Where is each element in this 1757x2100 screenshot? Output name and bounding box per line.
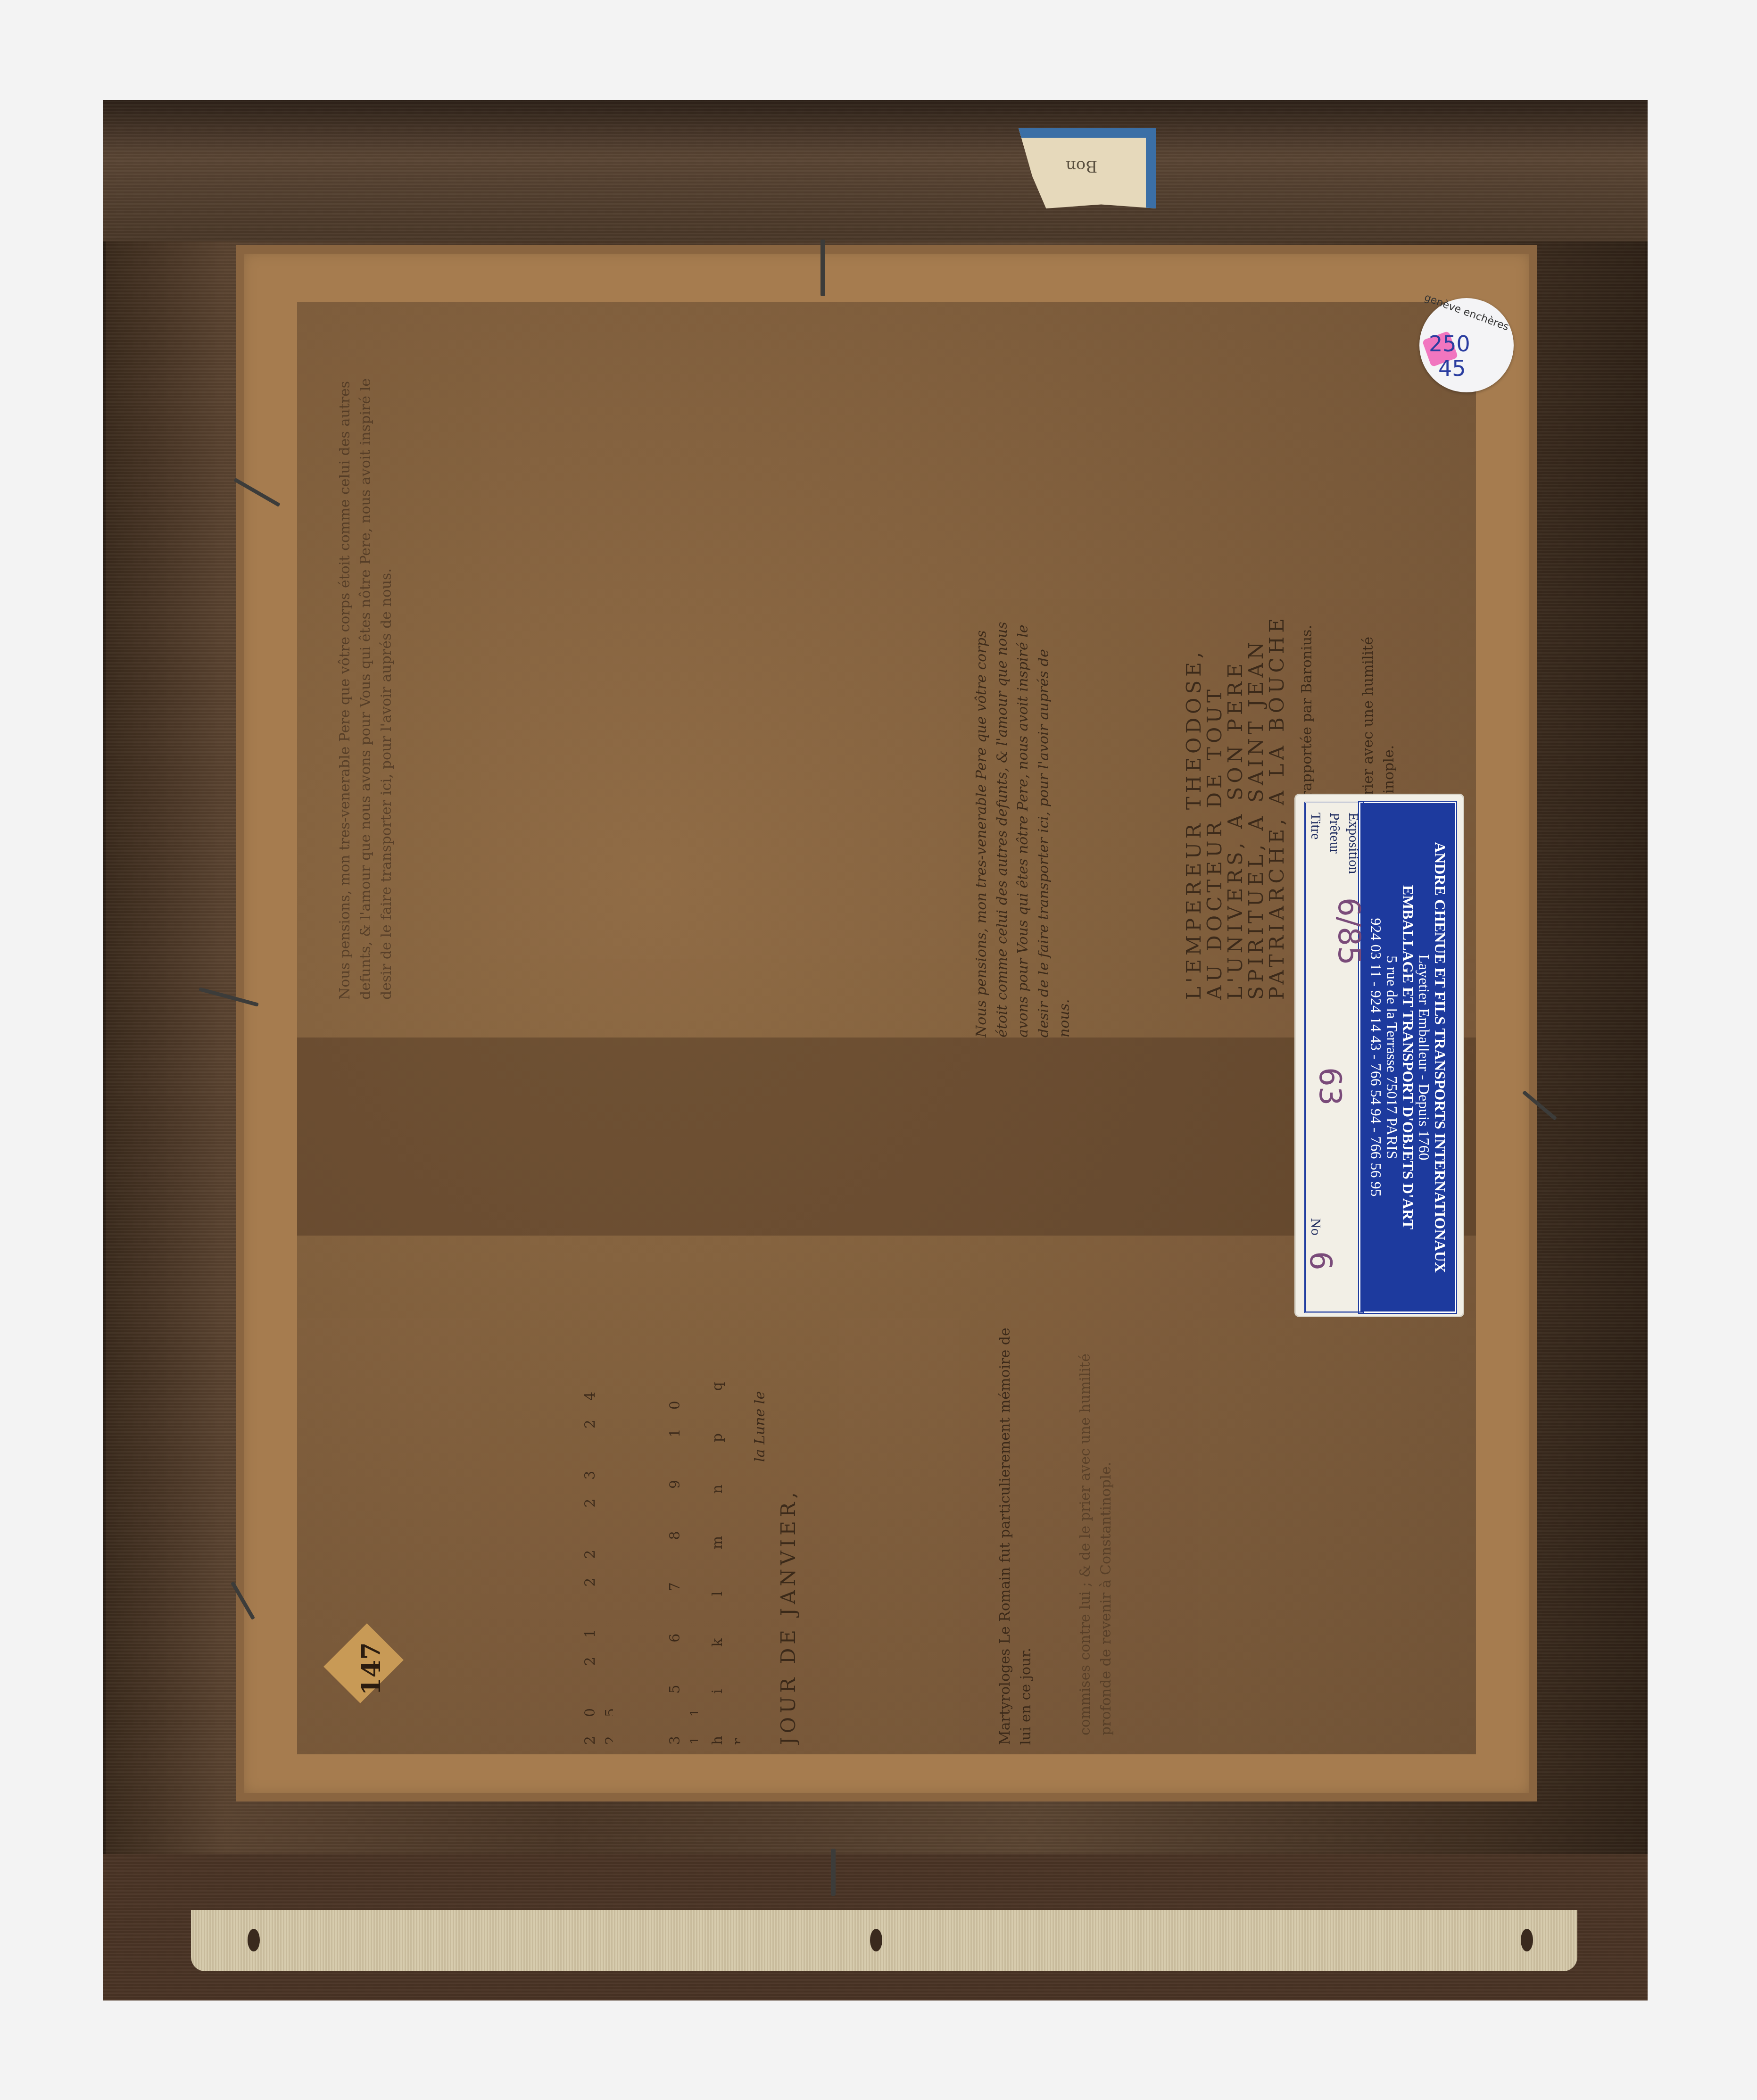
letter-heading: L'EMPEREUR THEODOSE, AU DOCTEUR DE TOUT …	[1184, 613, 1287, 1000]
left-text-columns: Nous pensions, mon tres-venerable Pere q…	[335, 340, 901, 1000]
calendar-days: 20 21 22 23 24 25	[580, 1320, 613, 1745]
exposition-label: Exposition	[1345, 813, 1361, 874]
nail-bottom	[831, 1849, 836, 1896]
company-phones: 924 03 11 - 924 14 43 - 766 54 94 - 766 …	[1368, 803, 1384, 1311]
fabric-hanging-strip	[191, 1910, 1577, 1971]
exposition-value: 6/85	[1331, 897, 1366, 965]
company-name: ANDRE CHENUE ET FILS TRANSPORTS INTERNAT…	[1432, 803, 1448, 1311]
label-fields: Exposition 6/85 Prêteur 63 Titre No 6	[1304, 802, 1364, 1313]
company-tagline: Layetier Emballeur - Depuis 1760	[1416, 803, 1432, 1311]
numero-label: No	[1308, 1218, 1324, 1236]
letter-body: Nous pensions, mon tres-venerable Pere q…	[971, 613, 1169, 1038]
titre-label: Titre	[1308, 813, 1324, 839]
tack-right	[1521, 1929, 1533, 1951]
preteur-value: 63	[1312, 1067, 1347, 1105]
preteur-label: Prêteur	[1326, 813, 1343, 854]
crossed-value: 250	[1429, 331, 1470, 357]
numero-value: 6	[1303, 1251, 1338, 1270]
right-text-columns: commises contre lui ; & de le prier avec…	[1075, 1320, 1443, 1735]
old-label-handwriting: Bon	[1066, 157, 1097, 175]
label-header: ANDRE CHENUE ET FILS TRANSPORTS INTERNAT…	[1360, 803, 1455, 1311]
lot-number: 147	[356, 1642, 386, 1695]
company-service: EMBALLAGE ET TRANSPORT D'OBJETS D'ART	[1400, 803, 1416, 1311]
sticker-value: 45	[1438, 356, 1466, 381]
tack-center	[870, 1929, 882, 1951]
nail-top	[820, 240, 825, 296]
company-address: 5 rue de la Terrasse 75017 PARIS	[1384, 803, 1400, 1311]
calendar-subtitle: la Lune le	[750, 1320, 778, 1462]
calendar-letters: h i k l m n p q r	[707, 1320, 740, 1745]
calendar-title: JOUR DE JANVIER,	[778, 1320, 835, 1745]
label-blue-band: ANDRE CHENUE ET FILS TRANSPORTS INTERNAT…	[1359, 802, 1456, 1313]
calendar-numbers: 3 5 6 7 8 9 10 11	[665, 1320, 698, 1745]
tack-left	[248, 1929, 260, 1951]
auction-sticker: genève enchères 250 45	[1419, 298, 1514, 392]
martyrologe-text: Martyrologes Le Romain fut particulierem…	[995, 1320, 1047, 1745]
shipping-label: ANDRE CHENUE ET FILS TRANSPORTS INTERNAT…	[1294, 794, 1464, 1317]
